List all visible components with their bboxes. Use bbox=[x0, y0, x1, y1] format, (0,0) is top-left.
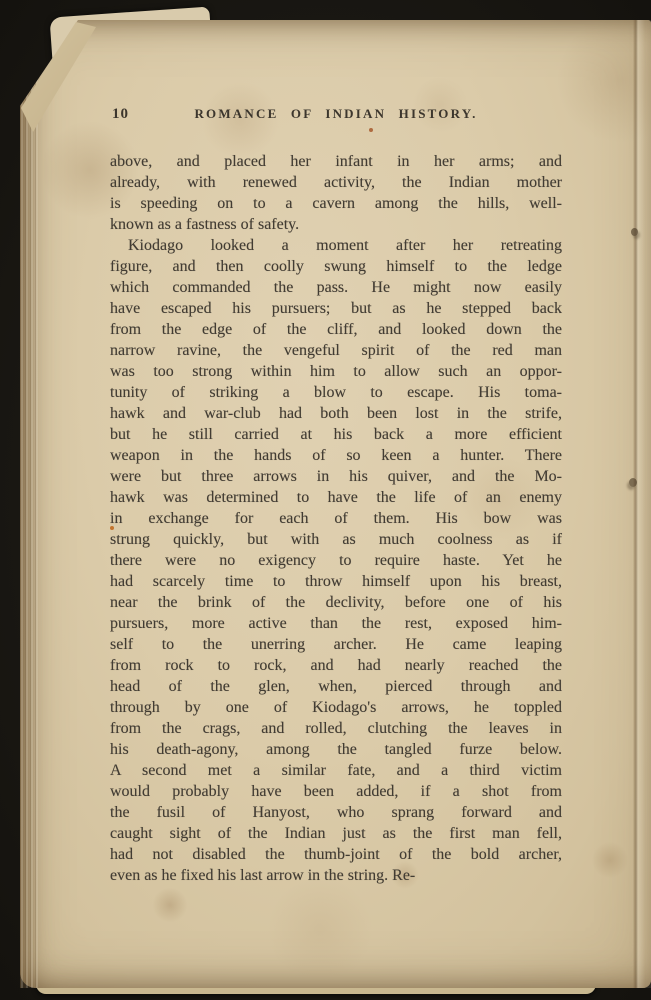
text-line: narrow ravine, the vengeful spirit of th… bbox=[110, 340, 562, 361]
text-line: known as a fastness of safety. bbox=[110, 214, 562, 235]
text-line: self to the unerring archer. He came lea… bbox=[110, 634, 562, 655]
text-line: pursuers, more active than the rest, exp… bbox=[110, 613, 562, 634]
page-header: 10 ROMANCE OF INDIAN HISTORY. bbox=[110, 106, 562, 126]
text-line: through by one of Kiodago's arrows, he t… bbox=[110, 697, 562, 718]
text-line: had scarcely time to throw himself upon … bbox=[110, 571, 562, 592]
text-line: have escaped his pursuers; but as he ste… bbox=[110, 298, 562, 319]
text-line: hawk and war-club had both been lost in … bbox=[110, 403, 562, 424]
text-line: in exchange for each of them. His bow wa… bbox=[110, 508, 562, 529]
text-line: from the edge of the cliff, and looked d… bbox=[110, 319, 562, 340]
text-line: had not disabled the thumb-joint of the … bbox=[110, 844, 562, 865]
page-crease bbox=[633, 20, 651, 988]
text-line: strung quickly, but with as much coolnes… bbox=[110, 529, 562, 550]
text-line: hawk was determined to have the life of … bbox=[110, 487, 562, 508]
text-line: head of the glen, when, pierced through … bbox=[110, 676, 562, 697]
page-text: above, and placed her infant in her arms… bbox=[110, 151, 562, 886]
text-line: A second met a similar fate, and a third… bbox=[110, 760, 562, 781]
book-page: 10 ROMANCE OF INDIAN HISTORY. above, and… bbox=[20, 20, 651, 988]
running-title: ROMANCE OF INDIAN HISTORY. bbox=[110, 106, 562, 122]
text-line: from the crags, and rolled, clutching th… bbox=[110, 718, 562, 739]
text-line: caught sight of the Indian just as the f… bbox=[110, 823, 562, 844]
text-line: were but three arrows in his quiver, and… bbox=[110, 466, 562, 487]
text-line: near the brink of the declivity, before … bbox=[110, 592, 562, 613]
paper-speck bbox=[631, 228, 638, 236]
text-line: is speeding on to a cavern among the hil… bbox=[110, 193, 562, 214]
text-line: would probably have been added, if a sho… bbox=[110, 781, 562, 802]
paragraph: above, and placed her infant in her arms… bbox=[110, 151, 562, 235]
text-line: above, and placed her infant in her arms… bbox=[110, 151, 562, 172]
text-line: from rock to rock, and had nearly reache… bbox=[110, 655, 562, 676]
paragraph: Kiodago looked a moment after her retrea… bbox=[110, 235, 562, 886]
text-line: which commanded the pass. He might now e… bbox=[110, 277, 562, 298]
page-number: 10 bbox=[112, 106, 129, 123]
text-line: weapon in the hands of so keen a hunter.… bbox=[110, 445, 562, 466]
text-line: Kiodago looked a moment after her retrea… bbox=[110, 235, 562, 256]
text-line: was too strong within him to allow such … bbox=[110, 361, 562, 382]
page-edge-stack bbox=[20, 20, 38, 988]
text-line: even as he fixed his last arrow in the s… bbox=[110, 865, 562, 886]
text-line: tunity of striking a blow to escape. His… bbox=[110, 382, 562, 403]
text-line: but he still carried at his back a more … bbox=[110, 424, 562, 445]
text-line: the fusil of Hanyost, who sprang forward… bbox=[110, 802, 562, 823]
text-line: his death-agony, among the tangled furze… bbox=[110, 739, 562, 760]
paper-speck bbox=[629, 478, 637, 487]
text-line: figure, and then coolly swung himself to… bbox=[110, 256, 562, 277]
rust-speck bbox=[369, 128, 373, 132]
text-line: there were no exigency to require haste.… bbox=[110, 550, 562, 571]
text-line: already, with renewed activity, the Indi… bbox=[110, 172, 562, 193]
scanned-book-photo: 10 ROMANCE OF INDIAN HISTORY. above, and… bbox=[0, 0, 651, 1000]
